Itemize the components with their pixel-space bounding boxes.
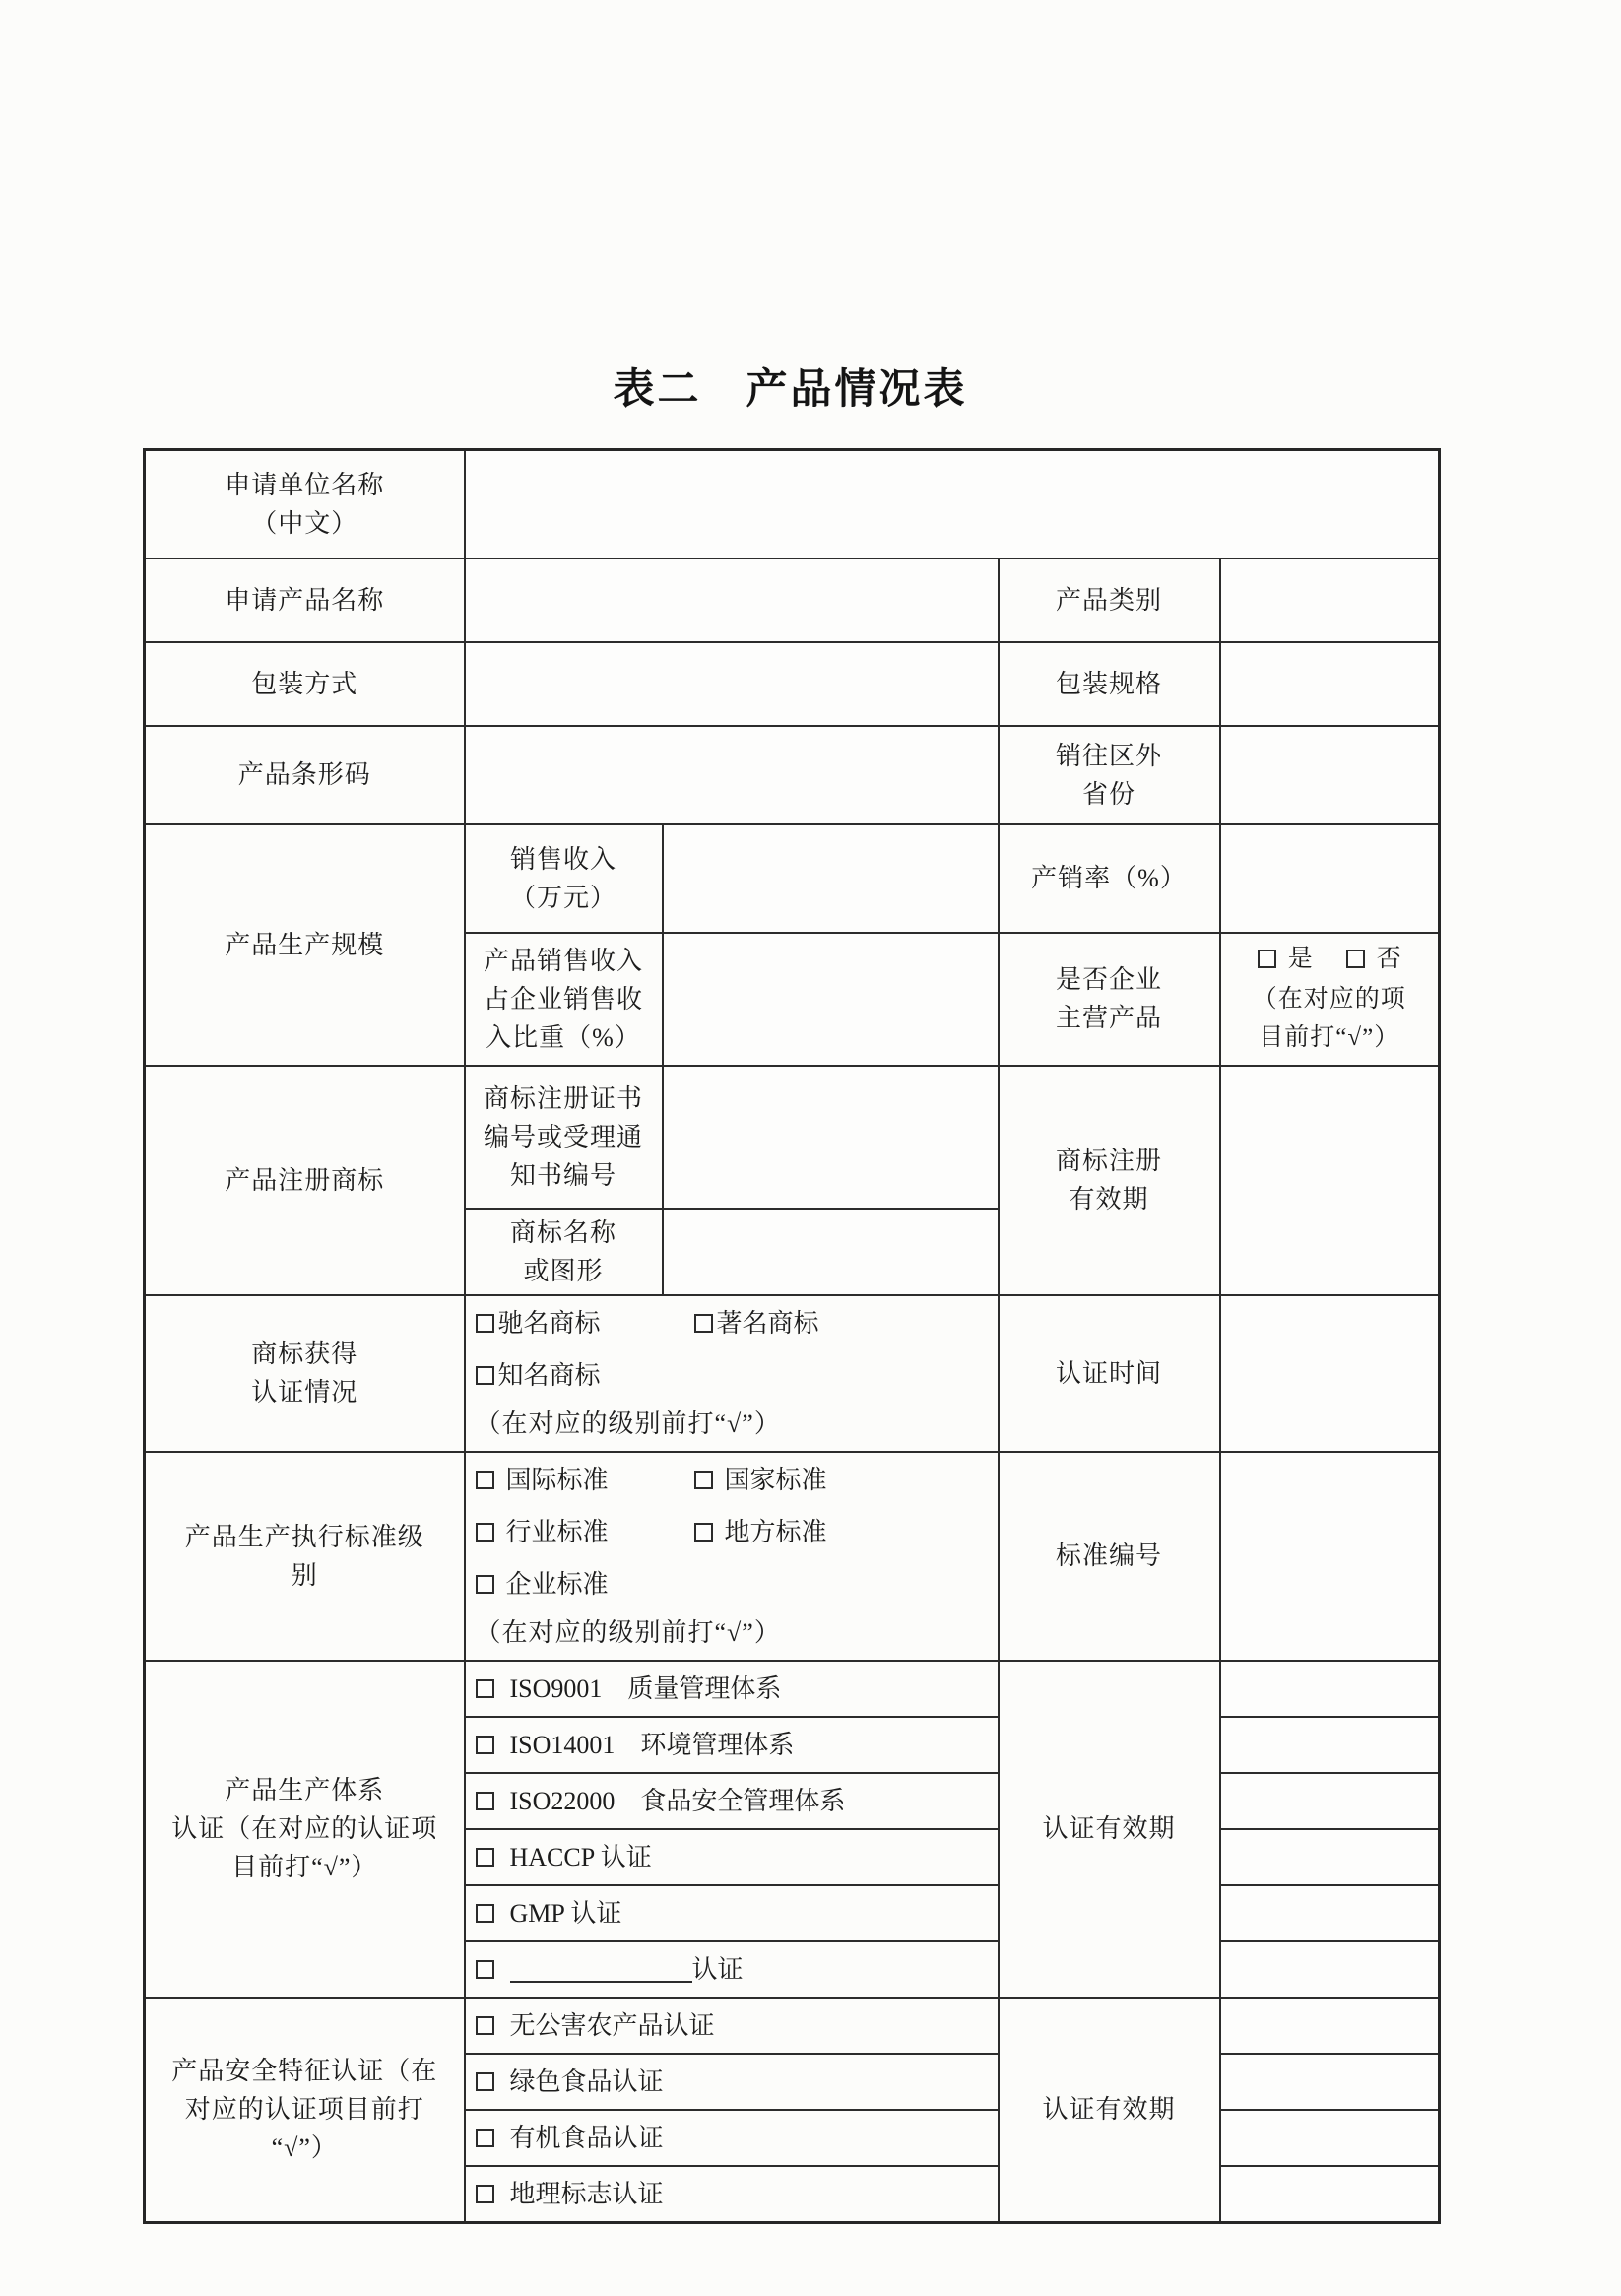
barcode-label: 产品条形码 [145, 726, 465, 824]
revenue-share-input[interactable] [663, 933, 999, 1066]
iso14001-cell: ISO14001 环境管理体系 [465, 1717, 999, 1773]
tick-note: （在对应的级别前打“√”） [476, 1613, 992, 1652]
registered-trademark-label: 产品注册商标 [145, 1066, 465, 1295]
product-name-input[interactable] [465, 558, 999, 642]
company-name-input[interactable] [465, 450, 1440, 558]
table-row: 产品注册商标 商标注册证书 编号或受理通 知书编号 商标注册 有效期 [145, 1066, 1440, 1209]
checkbox-haccp[interactable] [476, 1848, 494, 1867]
outside-province-label: 销往区外 省份 [999, 726, 1220, 824]
checkbox-national-standard[interactable] [694, 1471, 713, 1489]
cert-time-input[interactable] [1220, 1295, 1440, 1452]
other-cert-blank-line[interactable] [510, 1955, 692, 1984]
geo-indication-validity-input[interactable] [1220, 2166, 1440, 2223]
table-row: 产品生产体系 认证（在对应的认证项 目前打“√”） ISO9001 质量管理体系… [145, 1661, 1440, 1717]
main-product-label: 是否企业 主营产品 [999, 933, 1220, 1066]
trademark-name-input[interactable] [663, 1209, 999, 1295]
sales-revenue-input[interactable] [663, 824, 999, 933]
checkbox-iso14001[interactable] [476, 1736, 494, 1754]
green-food-validity-input[interactable] [1220, 2054, 1440, 2110]
product-category-input[interactable] [1220, 558, 1440, 642]
well-known-trademark-option: 著名商标 [694, 1304, 992, 1343]
tick-note: （在对应的级别前打“√”） [476, 1405, 992, 1443]
sales-rate-input[interactable] [1220, 824, 1440, 933]
table-row: 商标获得 认证情况 驰名商标 著名商标 知名商标 （ [145, 1295, 1440, 1452]
gmp-cell: GMP 认证 [465, 1885, 999, 1941]
checkbox-well-known-trademark[interactable] [694, 1314, 713, 1333]
famous-trademark-label: 驰名商标 [498, 1304, 601, 1343]
iso22000-label: ISO22000 食品安全管理体系 [510, 1782, 846, 1820]
iso9001-cell: ISO9001 质量管理体系 [465, 1661, 999, 1717]
checkbox-no[interactable] [1346, 950, 1365, 968]
packing-spec-label: 包装规格 [999, 642, 1220, 726]
company-name-label: 申请单位名称 （中文） [145, 450, 465, 558]
cert-time-label: 认证时间 [999, 1295, 1220, 1452]
barcode-input[interactable] [465, 726, 999, 824]
haccp-label: HACCP 认证 [510, 1838, 652, 1876]
checkbox-pollution-free[interactable] [476, 2016, 494, 2035]
iso22000-cell: ISO22000 食品安全管理体系 [465, 1773, 999, 1829]
enterprise-standard-label: 企业标准 [506, 1565, 609, 1604]
trademark-cert-status-label: 商标获得 认证情况 [145, 1295, 465, 1452]
page-title: 表二 产品情况表 [143, 357, 1438, 416]
checkbox-yes[interactable] [1258, 950, 1276, 968]
safety-cert-validity-label: 认证有效期 [999, 1998, 1220, 2223]
trademark-validity-label: 商标注册 有效期 [999, 1066, 1220, 1295]
standard-no-label: 标准编号 [999, 1452, 1220, 1661]
standard-level-options-cell: 国际标准 国家标准 行业标准 地方标准 [465, 1452, 999, 1661]
outside-province-input[interactable] [1220, 726, 1440, 824]
international-standard-label: 国际标准 [506, 1461, 609, 1499]
national-standard-option: 国家标准 [694, 1461, 992, 1499]
trademark-validity-input[interactable] [1220, 1066, 1440, 1295]
iso9001-validity-input[interactable] [1220, 1661, 1440, 1717]
other-cert-validity-input[interactable] [1220, 1941, 1440, 1998]
organic-food-label: 有机食品认证 [510, 2119, 664, 2157]
enterprise-standard-option: 企业标准 [476, 1565, 694, 1604]
product-info-table: 申请单位名称 （中文） 申请产品名称 产品类别 包装方式 包装规格 产品条形码 … [143, 448, 1441, 2224]
packing-method-label: 包装方式 [145, 642, 465, 726]
checkbox-organic-food[interactable] [476, 2129, 494, 2147]
table-row: 产品条形码 销往区外 省份 [145, 726, 1440, 824]
checkbox-geo-indication[interactable] [476, 2185, 494, 2203]
trademark-cert-options-cell: 驰名商标 著名商标 知名商标 （在对应的级别前打“√”） [465, 1295, 999, 1452]
checkbox-enterprise-standard[interactable] [476, 1575, 494, 1594]
table-row: 产品安全特征认证（在 对应的认证项目前打 “√”） 无公害农产品认证 认证有效期 [145, 1998, 1440, 2054]
production-scale-label: 产品生产规模 [145, 824, 465, 1066]
revenue-share-label: 产品销售收入 占企业销售收 入比重（%） [465, 933, 663, 1066]
yes-label: 是 [1288, 941, 1313, 978]
checkbox-international-standard[interactable] [476, 1471, 494, 1489]
haccp-cell: HACCP 认证 [465, 1829, 999, 1885]
standard-no-input[interactable] [1220, 1452, 1440, 1661]
national-standard-label: 国家标准 [725, 1461, 827, 1499]
checkbox-known-trademark[interactable] [476, 1366, 494, 1385]
yes-option: 是 [1258, 941, 1313, 978]
green-food-label: 绿色食品认证 [510, 2063, 664, 2101]
standard-level-label: 产品生产执行标准级 别 [145, 1452, 465, 1661]
product-name-label: 申请产品名称 [145, 558, 465, 642]
trademark-name-label: 商标名称 或图形 [465, 1209, 663, 1295]
table-row: 产品生产执行标准级 别 国际标准 国家标准 行业标准 [145, 1452, 1440, 1661]
trademark-cert-no-label: 商标注册证书 编号或受理通 知书编号 [465, 1066, 663, 1209]
system-cert-validity-label: 认证有效期 [999, 1661, 1220, 1998]
main-product-choice-cell: 是 否 （在对应的项 目前打“√”） [1220, 933, 1440, 1066]
local-standard-label: 地方标准 [725, 1513, 827, 1551]
industry-standard-option: 行业标准 [476, 1513, 694, 1551]
iso9001-label: ISO9001 质量管理体系 [510, 1670, 782, 1708]
table-row: 包装方式 包装规格 [145, 642, 1440, 726]
industry-standard-label: 行业标准 [506, 1513, 609, 1551]
system-cert-label: 产品生产体系 认证（在对应的认证项 目前打“√”） [145, 1661, 465, 1998]
tick-note: （在对应的项 目前打“√”） [1227, 981, 1433, 1058]
trademark-cert-no-input[interactable] [663, 1066, 999, 1209]
product-category-label: 产品类别 [999, 558, 1220, 642]
no-label: 否 [1377, 941, 1401, 978]
other-cert-cell: 认证 [465, 1941, 999, 1998]
famous-trademark-option: 驰名商标 [476, 1304, 694, 1343]
sales-revenue-label: 销售收入 （万元） [465, 824, 663, 933]
other-cert-suffix: 认证 [692, 1950, 744, 1989]
safety-cert-label: 产品安全特征认证（在 对应的认证项目前打 “√”） [145, 1998, 465, 2223]
iso14001-label: ISO14001 环境管理体系 [510, 1726, 795, 1764]
haccp-validity-input[interactable] [1220, 1829, 1440, 1885]
checkbox-green-food[interactable] [476, 2072, 494, 2091]
sales-rate-label: 产销率（%） [999, 824, 1220, 933]
checkbox-iso22000[interactable] [476, 1792, 494, 1810]
gmp-label: GMP 认证 [510, 1894, 622, 1933]
pollution-free-label: 无公害农产品认证 [510, 2006, 715, 2045]
pollution-free-cell: 无公害农产品认证 [465, 1998, 999, 2054]
organic-food-validity-input[interactable] [1220, 2110, 1440, 2166]
known-trademark-option: 知名商标 [476, 1356, 694, 1395]
known-trademark-label: 知名商标 [498, 1356, 601, 1395]
organic-food-cell: 有机食品认证 [465, 2110, 999, 2166]
checkbox-famous-trademark[interactable] [476, 1314, 494, 1333]
table-row: 申请产品名称 产品类别 [145, 558, 1440, 642]
checkbox-iso9001[interactable] [476, 1679, 494, 1698]
well-known-trademark-label: 著名商标 [717, 1304, 819, 1343]
geo-indication-label: 地理标志认证 [510, 2175, 664, 2213]
local-standard-option: 地方标准 [694, 1513, 992, 1551]
checkbox-other-cert[interactable] [476, 1960, 494, 1979]
checkbox-local-standard[interactable] [694, 1523, 713, 1542]
green-food-cell: 绿色食品认证 [465, 2054, 999, 2110]
checkbox-industry-standard[interactable] [476, 1523, 494, 1542]
checkbox-gmp[interactable] [476, 1904, 494, 1923]
packing-spec-input[interactable] [1220, 642, 1440, 726]
table-row: 产品生产规模 销售收入 （万元） 产销率（%） [145, 824, 1440, 933]
iso22000-validity-input[interactable] [1220, 1773, 1440, 1829]
packing-method-input[interactable] [465, 642, 999, 726]
gmp-validity-input[interactable] [1220, 1885, 1440, 1941]
international-standard-option: 国际标准 [476, 1461, 694, 1499]
iso14001-validity-input[interactable] [1220, 1717, 1440, 1773]
pollution-free-validity-input[interactable] [1220, 1998, 1440, 2054]
geo-indication-cell: 地理标志认证 [465, 2166, 999, 2223]
no-option: 否 [1346, 941, 1401, 978]
table-row: 申请单位名称 （中文） [145, 450, 1440, 558]
